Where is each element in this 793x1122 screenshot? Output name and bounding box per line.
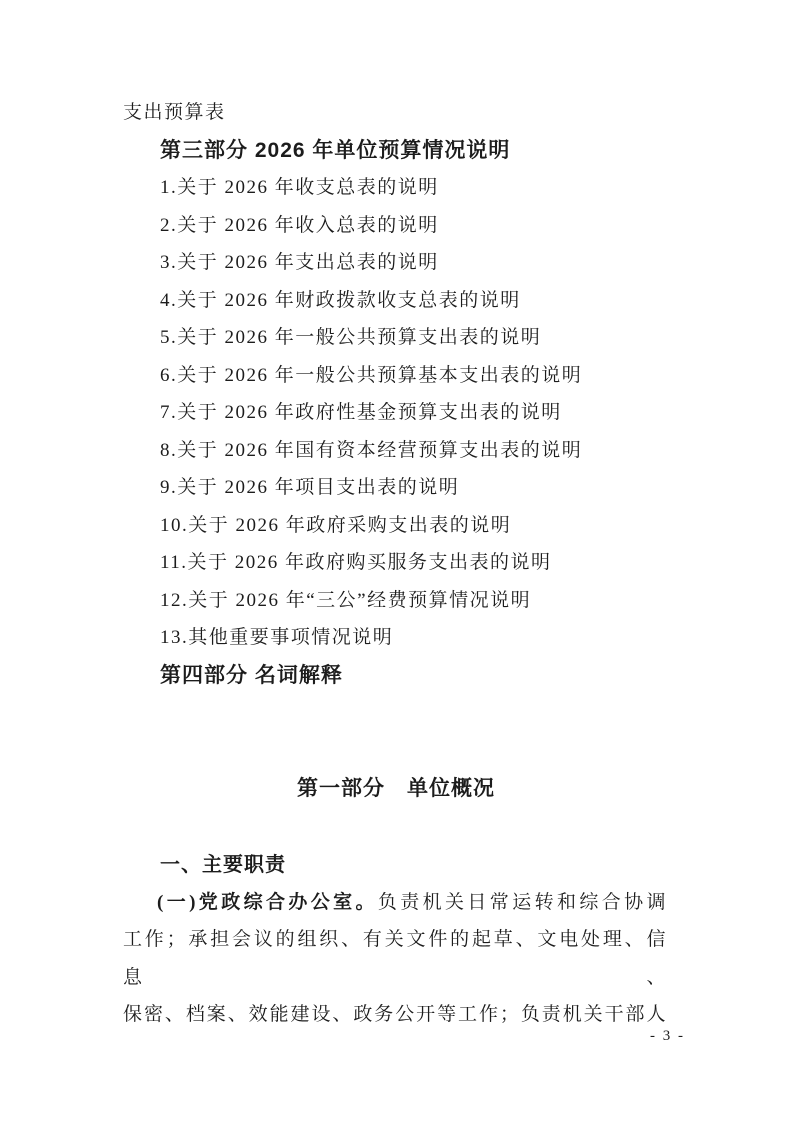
toc-item: 12.关于 2026 年“三公”经费预算情况说明	[123, 582, 669, 620]
toc-item: 11.关于 2026 年政府购买服务支出表的说明	[123, 544, 669, 582]
document-page: 支出预算表 第三部分 2026 年单位预算情况说明 1.关于 2026 年收支总…	[0, 0, 793, 1122]
table-of-contents: 支出预算表 第三部分 2026 年单位预算情况说明 1.关于 2026 年收支总…	[123, 94, 669, 694]
paragraph-lead-bold: (一)党政综合办公室。	[157, 892, 378, 913]
page-number: - 3 -	[650, 1026, 685, 1046]
paragraph-line: 保密、档案、效能建设、政务公开等工作；负责机关干部人	[123, 996, 667, 1033]
section-title: 第一部分 单位概况	[123, 770, 669, 808]
body-paragraph: (一)党政综合办公室。负责机关日常运转和综合协调 工作；承担会议的组织、有关文件…	[123, 884, 667, 1034]
toc-part3-heading: 第三部分 2026 年单位预算情况说明	[123, 132, 669, 170]
paragraph-line-rest: 负责机关日常运转和综合协调	[378, 892, 667, 913]
toc-part4-heading: 第四部分 名词解释	[123, 657, 669, 695]
toc-item: 4.关于 2026 年财政拨款收支总表的说明	[123, 282, 669, 320]
toc-item: 2.关于 2026 年收入总表的说明	[123, 207, 669, 245]
toc-item: 1.关于 2026 年收支总表的说明	[123, 169, 669, 207]
subsection-heading: 一、主要职责	[123, 846, 669, 884]
toc-item: 6.关于 2026 年一般公共预算基本支出表的说明	[123, 357, 669, 395]
paragraph-line: 工作；承担会议的组织、有关文件的起草、文电处理、信息、	[123, 921, 667, 996]
toc-item: 8.关于 2026 年国有资本经营预算支出表的说明	[123, 432, 669, 470]
toc-item: 5.关于 2026 年一般公共预算支出表的说明	[123, 319, 669, 357]
toc-carryover-line: 支出预算表	[123, 94, 669, 132]
toc-item: 10.关于 2026 年政府采购支出表的说明	[123, 507, 669, 545]
paragraph-line: (一)党政综合办公室。负责机关日常运转和综合协调	[123, 884, 667, 921]
toc-item: 7.关于 2026 年政府性基金预算支出表的说明	[123, 394, 669, 432]
toc-item: 13.其他重要事项情况说明	[123, 619, 669, 657]
toc-item: 9.关于 2026 年项目支出表的说明	[123, 469, 669, 507]
toc-item: 3.关于 2026 年支出总表的说明	[123, 244, 669, 282]
